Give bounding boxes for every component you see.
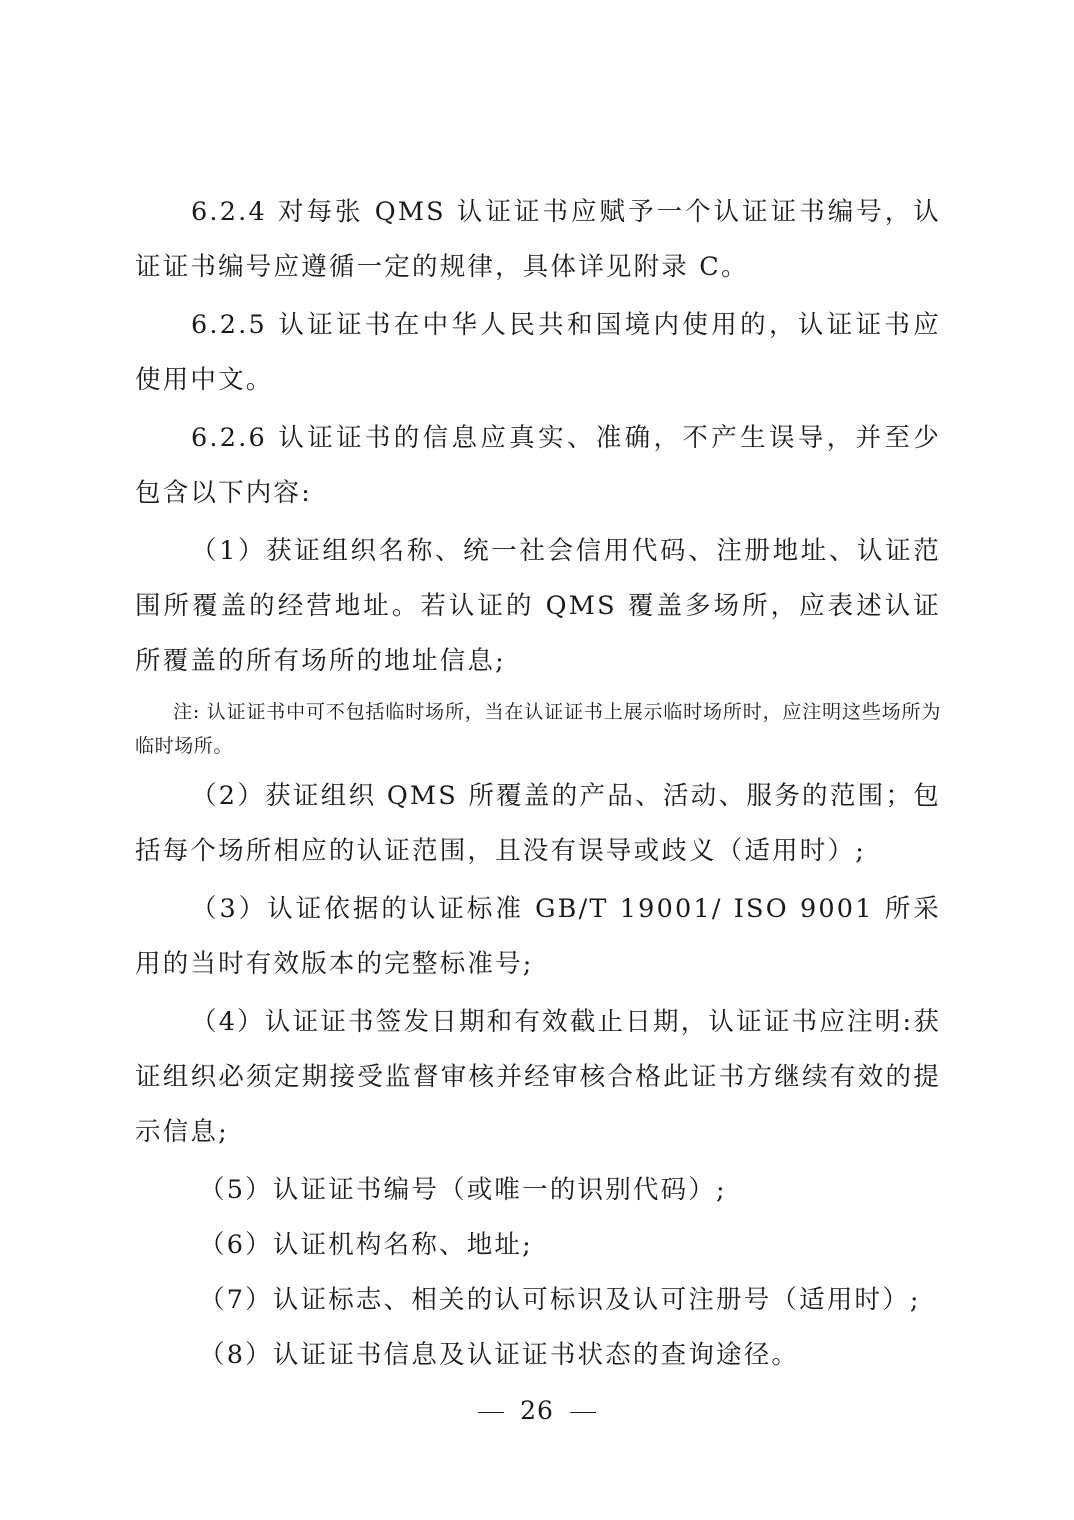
list-item-5: （5）认证证书编号（或唯一的识别代码）; (135, 1163, 941, 1218)
list-item-3: （3）认证依据的认证标准 GB/T 19001/ ISO 9001 所采用的当时… (135, 882, 941, 992)
list-item-6: （6）认证机构名称、地址; (135, 1218, 941, 1273)
paragraph-6-2-4: 6.2.4 对每张 QMS 认证证书应赋予一个认证证书编号，认证证书编号应遵循一… (135, 185, 941, 295)
page-footer: 26 (0, 1396, 1074, 1425)
note-temporary-sites: 注: 认证证书中可不包括临时场所，当在认证证书上展示临时场所时，应注明这些场所为… (135, 695, 941, 763)
document-page: 6.2.4 对每张 QMS 认证证书应赋予一个认证证书编号，认证证书编号应遵循一… (135, 185, 941, 1383)
paragraph-6-2-6: 6.2.6 认证证书的信息应真实、准确，不产生误导，并至少包含以下内容: (135, 411, 941, 521)
list-item-4: （4）认证证书签发日期和有效截止日期，认证证书应注明:获证组织必须定期接受监督审… (135, 995, 941, 1160)
dash-right-icon (570, 1412, 596, 1414)
list-item-2: （2）获证组织 QMS 所覆盖的产品、活动、服务的范围；包括每个场所相应的认证范… (135, 769, 941, 879)
dash-left-icon (478, 1412, 504, 1414)
list-item-1: （1）获证组织名称、统一社会信用代码、注册地址、认证范围所覆盖的经营地址。若认证… (135, 524, 941, 689)
list-item-8: （8）认证证书信息及认证证书状态的查询途径。 (135, 1328, 941, 1383)
list-item-7: （7）认证标志、相关的认可标识及认可注册号（适用时）; (135, 1273, 941, 1328)
paragraph-6-2-5: 6.2.5 认证证书在中华人民共和国境内使用的，认证证书应使用中文。 (135, 298, 941, 408)
page-number: 26 (520, 1396, 554, 1425)
